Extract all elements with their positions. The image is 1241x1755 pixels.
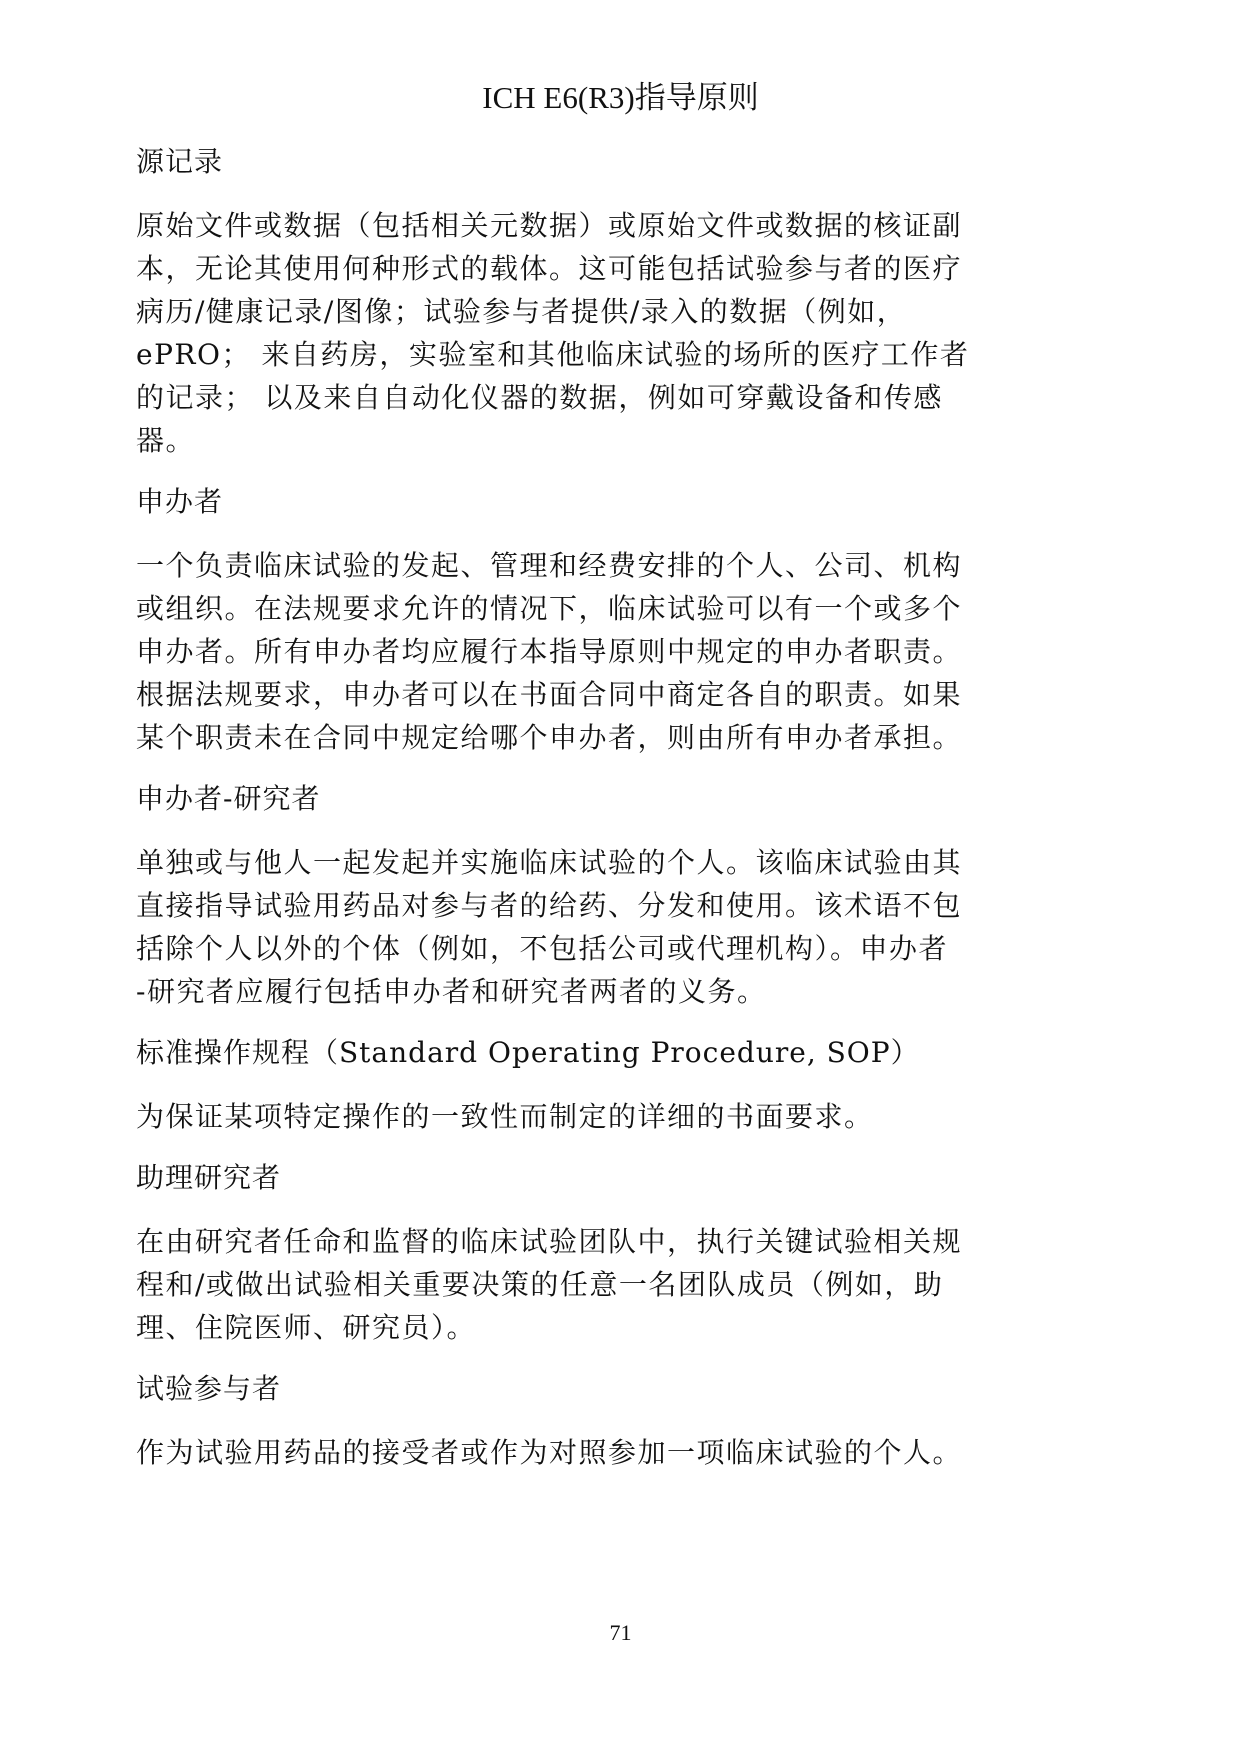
page-header: ICH E6(R3)指导原则 xyxy=(0,72,1241,117)
definition-line: 或组织。在法规要求允许的情况下，临床试验可以有一个或多个 xyxy=(136,587,1086,630)
glossary-definition: 为保证某项特定操作的一致性而制定的详细的书面要求。 xyxy=(136,1095,1086,1138)
definition-line: 为保证某项特定操作的一致性而制定的详细的书面要求。 xyxy=(136,1095,1086,1138)
definition-line: 作为试验用药品的接受者或作为对照参加一项临床试验的个人。 xyxy=(136,1431,1086,1474)
glossary-term: 助理研究者 xyxy=(136,1156,1086,1200)
glossary-term: 申办者-研究者 xyxy=(136,777,1086,821)
definition-line: 括除个人以外的个体（例如，不包括公司或代理机构）。申办者 xyxy=(136,927,1086,970)
definition-line: 某个职责未在合同中规定给哪个申办者，则由所有申办者承担。 xyxy=(136,716,1086,759)
glossary-term: 申办者 xyxy=(136,480,1086,524)
definition-line: 程和/或做出试验相关重要决策的任意一名团队成员（例如，助 xyxy=(136,1263,1086,1306)
glossary-definition: 单独或与他人一起发起并实施临床试验的个人。该临床试验由其直接指导试验用药品对参与… xyxy=(136,841,1086,1013)
definition-line: 病历/健康记录/图像；试验参与者提供/录入的数据（例如， xyxy=(136,290,1086,333)
glossary-term: 标准操作规程（Standard Operating Procedure, SOP… xyxy=(136,1031,1086,1075)
definition-line: 本，无论其使用何种形式的载体。这可能包括试验参与者的医疗 xyxy=(136,247,1086,290)
definition-line: 在由研究者任命和监督的临床试验团队中，执行关键试验相关规 xyxy=(136,1220,1086,1263)
definition-line: 根据法规要求，申办者可以在书面合同中商定各自的职责。如果 xyxy=(136,673,1086,716)
definition-line: ePRO； 来自药房，实验室和其他临床试验的场所的医疗工作者 xyxy=(136,333,1086,376)
definition-line: 原始文件或数据（包括相关元数据）或原始文件或数据的核证副 xyxy=(136,204,1086,247)
glossary-definition: 在由研究者任命和监督的临床试验团队中，执行关键试验相关规程和/或做出试验相关重要… xyxy=(136,1220,1086,1349)
glossary-term: 试验参与者 xyxy=(136,1367,1086,1411)
glossary-definition: 原始文件或数据（包括相关元数据）或原始文件或数据的核证副本，无论其使用何种形式的… xyxy=(136,204,1086,462)
glossary-definition: 作为试验用药品的接受者或作为对照参加一项临床试验的个人。 xyxy=(136,1431,1086,1474)
definition-line: -研究者应履行包括申办者和研究者两者的义务。 xyxy=(136,970,1086,1013)
definition-line: 的记录； 以及来自自动化仪器的数据，例如可穿戴设备和传感 xyxy=(136,376,1086,419)
definition-line: 器。 xyxy=(136,419,1086,462)
definition-line: 直接指导试验用药品对参与者的给药、分发和使用。该术语不包 xyxy=(136,884,1086,927)
definition-line: 理、住院医师、研究员）。 xyxy=(136,1306,1086,1349)
definition-line: 申办者。所有申办者均应履行本指导原则中规定的申办者职责。 xyxy=(136,630,1086,673)
definition-line: 单独或与他人一起发起并实施临床试验的个人。该临床试验由其 xyxy=(136,841,1086,884)
glossary-term: 源记录 xyxy=(136,140,1086,184)
glossary-content: 源记录原始文件或数据（包括相关元数据）或原始文件或数据的核证副本，无论其使用何种… xyxy=(136,140,1086,1492)
glossary-definition: 一个负责临床试验的发起、管理和经费安排的个人、公司、机构或组织。在法规要求允许的… xyxy=(136,544,1086,759)
definition-line: 一个负责临床试验的发起、管理和经费安排的个人、公司、机构 xyxy=(136,544,1086,587)
page-number: 71 xyxy=(0,1620,1241,1646)
